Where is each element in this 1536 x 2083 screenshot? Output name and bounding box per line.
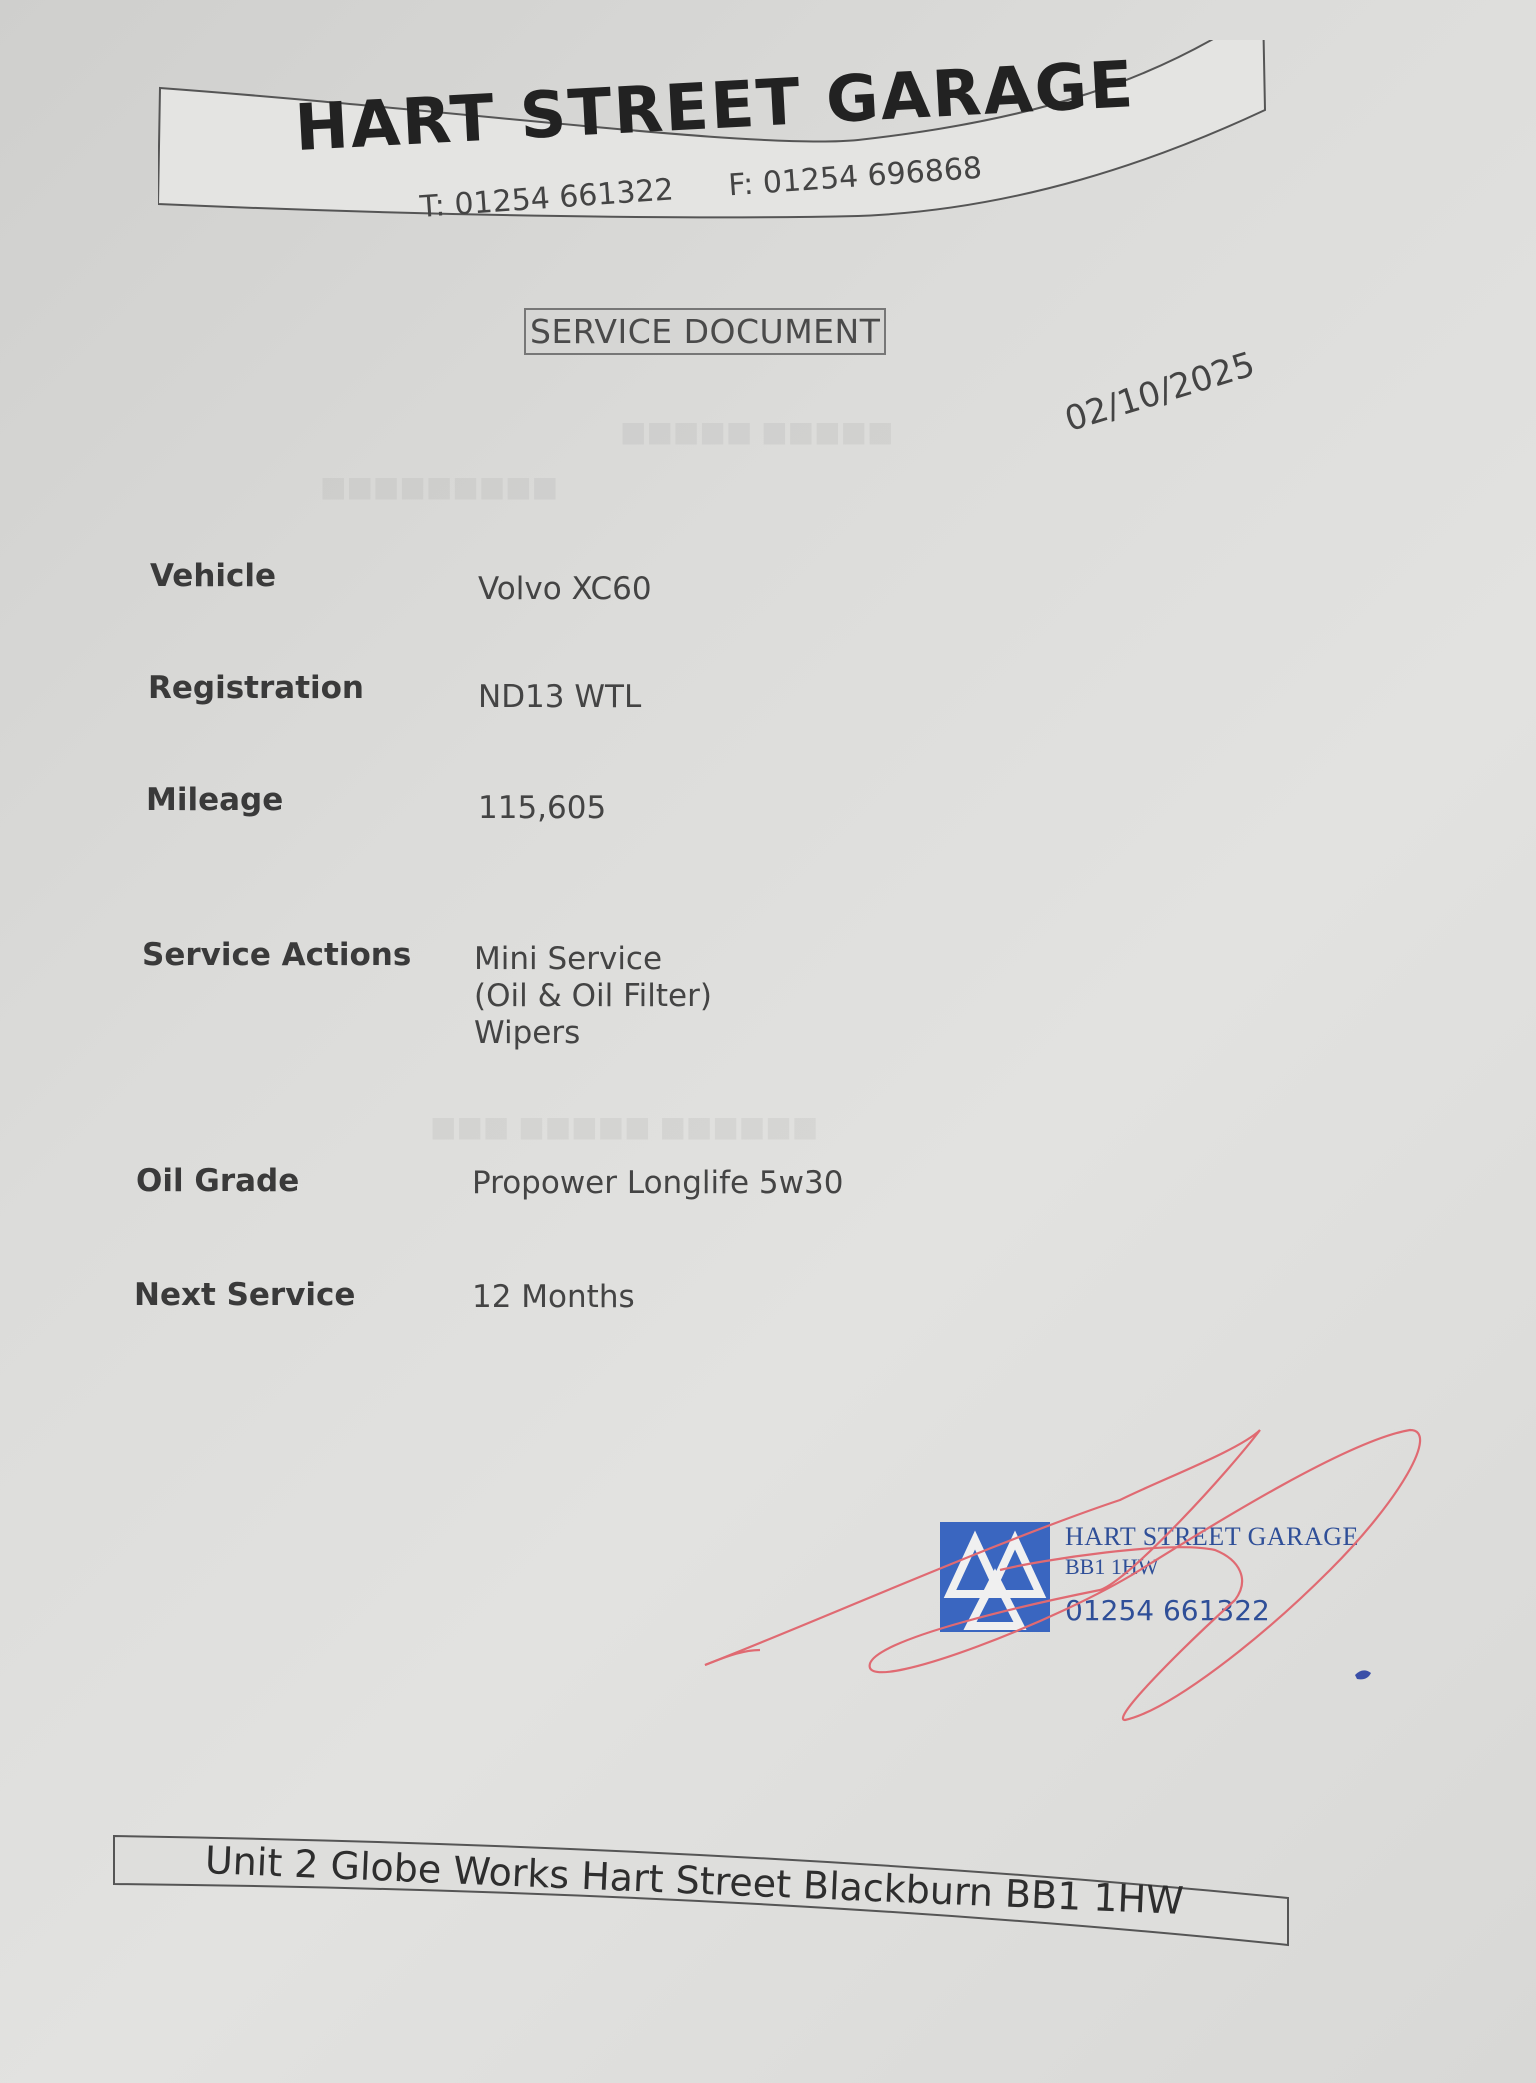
field-label: Service Actions — [142, 937, 411, 973]
show-through-text: ■■■■■ ■■■■■ — [620, 415, 893, 448]
stamp-postcode: BB1 1HW — [1065, 1554, 1359, 1580]
field-value: ND13 WTL — [478, 678, 641, 716]
show-through-text: ■■■ ■■■■■ ■■■■■■ — [430, 1110, 818, 1143]
stamp-garage-name: HART STREET GARAGE — [1065, 1522, 1359, 1552]
stamp-text: HART STREET GARAGE BB1 1HW 01254 661322 — [1065, 1522, 1359, 1627]
garage-stamp: HART STREET GARAGE BB1 1HW 01254 661322 — [940, 1522, 1050, 1632]
field-value: Propower Longlife 5w30 — [472, 1164, 843, 1202]
document-date: 02/10/2025 — [1060, 344, 1259, 440]
service-action-line: Mini Service — [474, 940, 662, 978]
footer-address: Unit 2 Globe Works Hart Street Blackburn… — [204, 1838, 1184, 1923]
document-title: SERVICE DOCUMENT — [524, 308, 886, 355]
field-label: Mileage — [146, 782, 283, 818]
field-label: Registration — [148, 670, 364, 706]
field-value: Volvo XC60 — [478, 570, 652, 608]
field-value: 115,605 — [478, 789, 606, 827]
show-through-text: ■■■■■■■■■ — [320, 470, 558, 503]
mot-triangles-icon — [940, 1522, 1050, 1632]
field-label: Oil Grade — [136, 1163, 299, 1199]
service-document-page: HART STREET GARAGE T: 01254 661322F: 012… — [0, 0, 1536, 2083]
stamp-phone: 01254 661322 — [1065, 1594, 1359, 1627]
field-label: Vehicle — [150, 558, 276, 594]
service-action-line: Wipers — [474, 1014, 580, 1052]
service-action-line: (Oil & Oil Filter) — [474, 977, 712, 1015]
field-label: Next Service — [134, 1277, 355, 1313]
field-value: 12 Months — [472, 1278, 635, 1316]
